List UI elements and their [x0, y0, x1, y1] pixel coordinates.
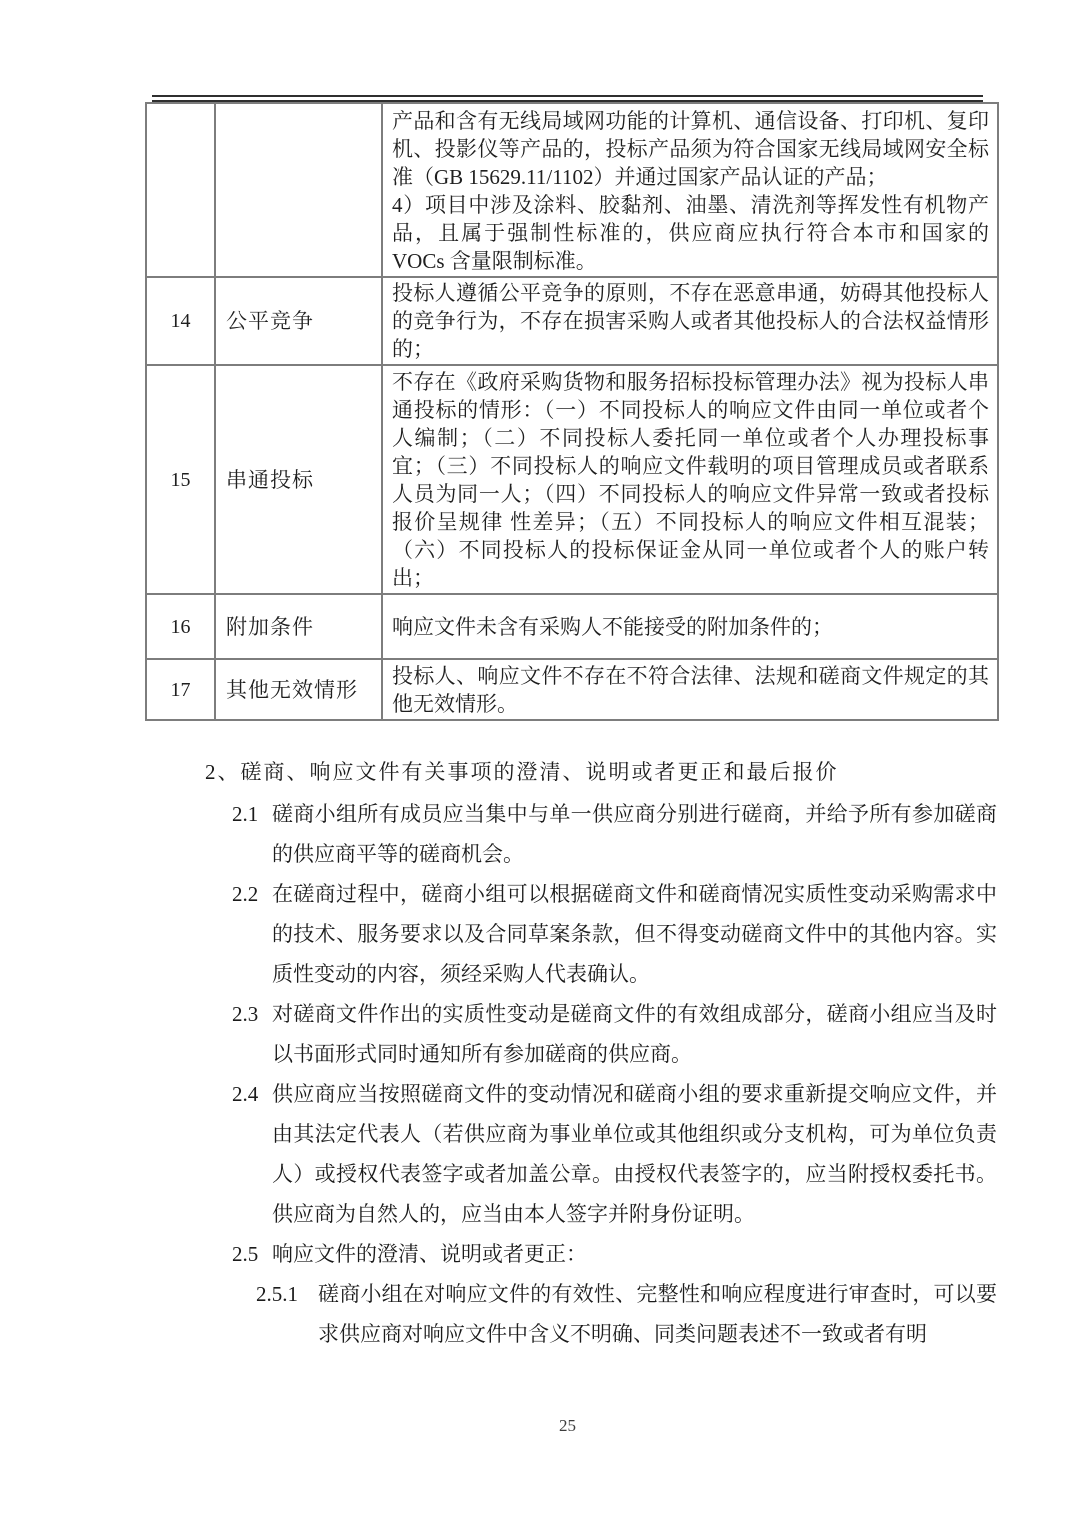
row-content-paragraph: 响应文件未含有采购人不能接受的附加条件的； — [392, 613, 989, 641]
row-label: 其他无效情形 — [215, 659, 382, 720]
clause-number: 2.2 — [232, 874, 272, 994]
clause-2-5: 2.5 响应文件的澄清、说明或者更正： — [232, 1234, 997, 1274]
row-content-paragraph: 投标人、响应文件不存在不符合法律、法规和磋商文件规定的其他无效情形。 — [392, 662, 989, 718]
clause-text: 供应商应当按照磋商文件的变动情况和磋商小组的要求重新提交响应文件，并由其法定代表… — [272, 1074, 997, 1234]
row-content-paragraph: 投标人遵循公平竞争的原则，不存在恶意串通，妨碍其他投标人的竞争行为，不存在损害采… — [392, 279, 989, 363]
clause-2-1: 2.1 磋商小组所有成员应当集中与单一供应商分别进行磋商，并给予所有参加磋商的供… — [232, 794, 997, 874]
document-page: 产品和含有无线局域网功能的计算机、通信设备、打印机、复印机、投影仪等产品的，投标… — [0, 0, 1080, 1527]
clause-number: 2.1 — [232, 794, 272, 874]
row-content-paragraph: 不存在《政府采购货物和服务招标投标管理办法》视为投标人串通投标的情形：（一）不同… — [392, 368, 989, 592]
clause-number: 2.3 — [232, 994, 272, 1074]
table-row: 17 其他无效情形 投标人、响应文件不存在不符合法律、法规和磋商文件规定的其他无… — [146, 659, 998, 720]
section-heading: 2、磋商、响应文件有关事项的澄清、说明或者更正和最后报价 — [205, 752, 1080, 792]
row-content: 不存在《政府采购货物和服务招标投标管理办法》视为投标人串通投标的情形：（一）不同… — [382, 365, 998, 594]
table-row: 14 公平竞争 投标人遵循公平竞争的原则，不存在恶意串通，妨碍其他投标人的竞争行… — [146, 277, 998, 365]
clause-2-2: 2.2 在磋商过程中，磋商小组可以根据磋商文件和磋商情况实质性变动采购需求中的技… — [232, 874, 997, 994]
row-content: 响应文件未含有采购人不能接受的附加条件的； — [382, 594, 998, 659]
row-content: 产品和含有无线局域网功能的计算机、通信设备、打印机、复印机、投影仪等产品的，投标… — [382, 103, 998, 277]
page-number: 25 — [152, 1416, 983, 1436]
clause-text: 响应文件的澄清、说明或者更正： — [272, 1234, 997, 1274]
row-label: 公平竞争 — [215, 277, 382, 365]
row-label: 附加条件 — [215, 594, 382, 659]
table-row: 产品和含有无线局域网功能的计算机、通信设备、打印机、复印机、投影仪等产品的，投标… — [146, 103, 998, 277]
table-row: 15 串通投标 不存在《政府采购货物和服务招标投标管理办法》视为投标人串通投标的… — [146, 365, 998, 594]
table-row: 16 附加条件 响应文件未含有采购人不能接受的附加条件的； — [146, 594, 998, 659]
row-number — [146, 103, 215, 277]
clause-text: 磋商小组在对响应文件的有效性、完整性和响应程度进行审查时，可以要求供应商对响应文… — [318, 1274, 997, 1354]
row-label: 串通投标 — [215, 365, 382, 594]
row-number: 14 — [146, 277, 215, 365]
clause-number: 2.5.1 — [256, 1274, 318, 1354]
row-content-paragraph: 4）项目中涉及涂料、胶黏剂、油墨、清洗剂等挥发性有机物产品，且属于强制性标准的，… — [392, 191, 989, 275]
clause-text: 对磋商文件作出的实质性变动是磋商文件的有效组成部分，磋商小组应当及时以书面形式同… — [272, 994, 997, 1074]
invalid-bid-conditions-table: 产品和含有无线局域网功能的计算机、通信设备、打印机、复印机、投影仪等产品的，投标… — [145, 102, 997, 721]
row-number: 15 — [146, 365, 215, 594]
row-number: 17 — [146, 659, 215, 720]
row-content-paragraph: 产品和含有无线局域网功能的计算机、通信设备、打印机、复印机、投影仪等产品的，投标… — [392, 107, 989, 191]
row-label — [215, 103, 382, 277]
clause-2-3: 2.3 对磋商文件作出的实质性变动是磋商文件的有效组成部分，磋商小组应当及时以书… — [232, 994, 997, 1074]
page-break-double-rule — [152, 95, 983, 102]
row-number: 16 — [146, 594, 215, 659]
table-grid: 产品和含有无线局域网功能的计算机、通信设备、打印机、复印机、投影仪等产品的，投标… — [145, 102, 999, 721]
clause-text: 在磋商过程中，磋商小组可以根据磋商文件和磋商情况实质性变动采购需求中的技术、服务… — [272, 874, 997, 994]
clause-text: 磋商小组所有成员应当集中与单一供应商分别进行磋商，并给予所有参加磋商的供应商平等… — [272, 794, 997, 874]
clause-2-5-1: 2.5.1 磋商小组在对响应文件的有效性、完整性和响应程度进行审查时，可以要求供… — [256, 1274, 997, 1354]
clause-number: 2.4 — [232, 1074, 272, 1234]
row-content: 投标人、响应文件不存在不符合法律、法规和磋商文件规定的其他无效情形。 — [382, 659, 998, 720]
section-2-body: 2、磋商、响应文件有关事项的澄清、说明或者更正和最后报价 2.1 磋商小组所有成… — [0, 752, 1080, 1354]
row-content: 投标人遵循公平竞争的原则，不存在恶意串通，妨碍其他投标人的竞争行为，不存在损害采… — [382, 277, 998, 365]
clause-2-4: 2.4 供应商应当按照磋商文件的变动情况和磋商小组的要求重新提交响应文件，并由其… — [232, 1074, 997, 1234]
clause-number: 2.5 — [232, 1234, 272, 1274]
